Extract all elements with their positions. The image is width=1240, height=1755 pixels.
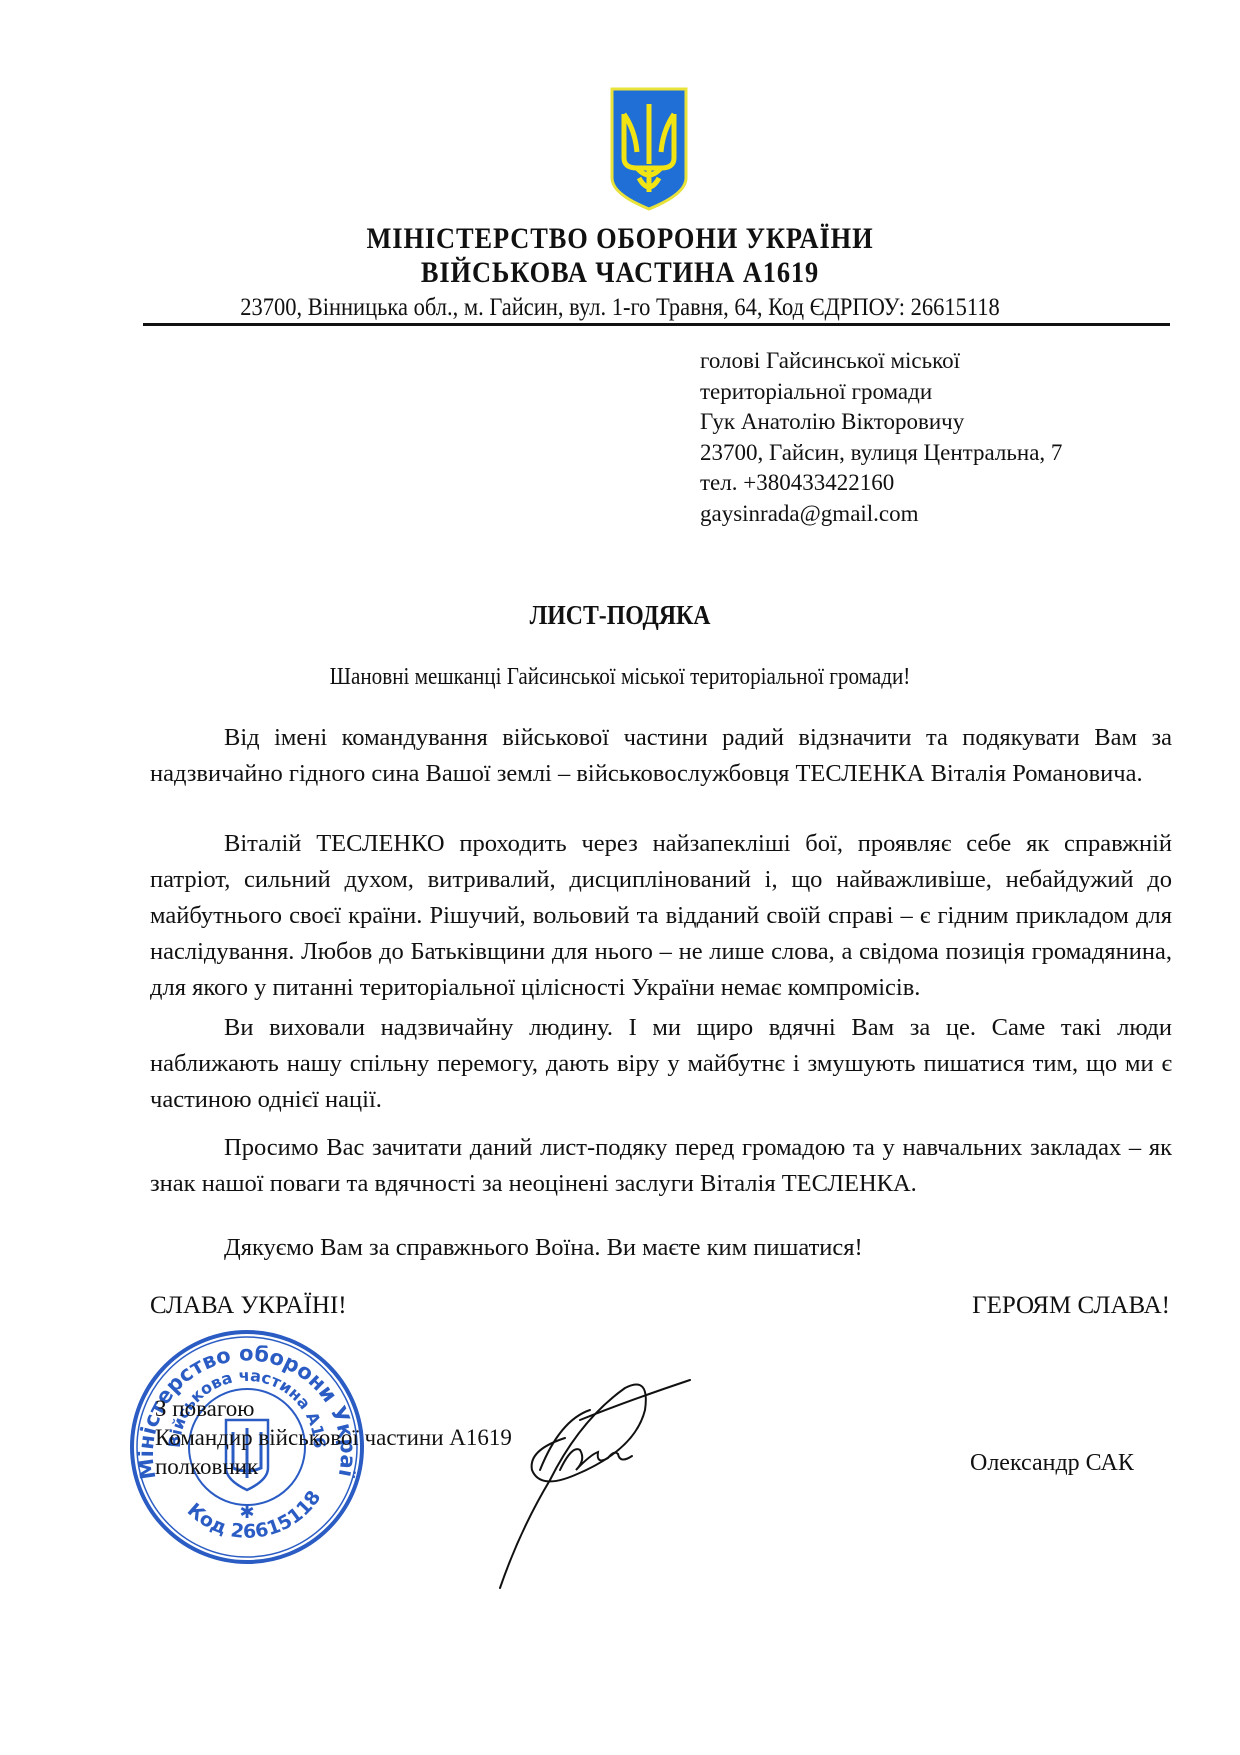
svg-text:✱: ✱	[239, 1502, 254, 1523]
recipient-email: gaysinrada@gmail.com	[700, 499, 1062, 530]
paragraph-4: Просимо Вас зачитати даний лист-подяку п…	[150, 1130, 1172, 1202]
unit-heading: ВІЙСЬКОВА ЧАСТИНА А1619	[74, 256, 1165, 290]
recipient-line: голові Гайсинської міської	[700, 346, 1062, 377]
salutation: Шановні мешканці Гайсинської міської тер…	[74, 664, 1165, 691]
paragraph-3: Ви виховали надзвичайну людину. І ми щир…	[150, 1010, 1172, 1118]
header-divider	[143, 323, 1170, 326]
signature-block: З повагою Командир військової частини А1…	[155, 1394, 512, 1481]
recipient-line: тел. +380433422160	[700, 468, 1062, 499]
recipient-line: 23700, Гайсин, вулиця Центральна, 7	[700, 438, 1062, 469]
recipient-line: територіальної громади	[700, 377, 1062, 408]
paragraph-5: Дякуємо Вам за справжнього Воїна. Ви має…	[150, 1230, 1172, 1266]
recipient-line: Гук Анатолію Вікторовичу	[700, 407, 1062, 438]
paragraph-1: Від імені командування військової частин…	[150, 720, 1172, 792]
unit-address: 23700, Вінницька обл., м. Гайсин, вул. 1…	[62, 294, 1178, 322]
signer-position: Командир військової частини А1619	[155, 1423, 512, 1452]
signer-name: Олександр САК	[970, 1450, 1134, 1477]
ministry-heading: МІНІСТЕРСТВО ОБОРОНИ УКРАЇНИ	[74, 222, 1165, 256]
signer-rank: полковник	[155, 1452, 512, 1481]
handwritten-signature-icon	[480, 1360, 720, 1600]
glory-heroes: ГЕРОЯМ СЛАВА!	[972, 1292, 1170, 1320]
recipient-block: голові Гайсинської міської територіально…	[700, 346, 1062, 529]
glory-ukraine: СЛАВА УКРАЇНІ!	[150, 1292, 347, 1320]
closing-line: З повагою	[155, 1394, 512, 1423]
coat-of-arms-icon	[609, 86, 689, 212]
letter-title: ЛИСТ-ПОДЯКА	[74, 600, 1165, 631]
paragraph-2: Віталій ТЕСЛЕНКО проходить через найзапе…	[150, 826, 1172, 1006]
